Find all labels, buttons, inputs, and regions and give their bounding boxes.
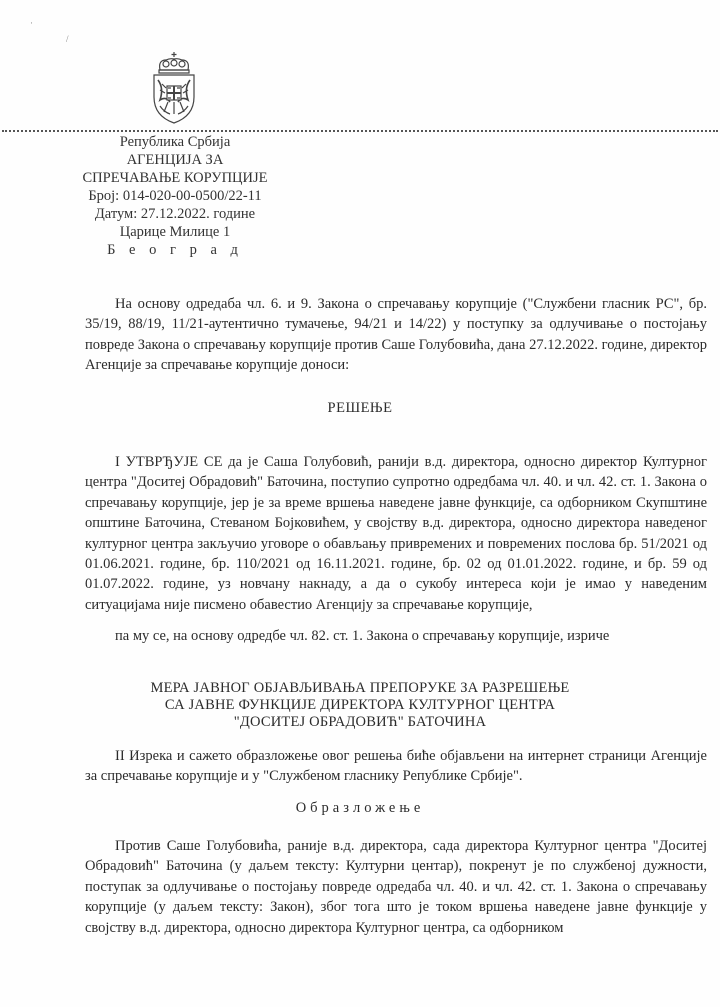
serbia-coat-of-arms-icon [146,50,202,126]
scan-mark: · [30,18,33,28]
section-2-text: II Изрека и сажето образложење овог реше… [85,748,707,784]
reference-number: Број: 014-020-00-0500/22-11 [60,187,290,205]
header-divider [2,130,718,132]
reasoning-title: Образложење [0,800,720,817]
measure-line-3: "ДОСИТЕЈ ОБРАДОВИЋ" БАТОЧИНА [0,714,720,731]
agency-name-line2: СПРЕЧАВАЊЕ КОРУПЦИЈЕ [60,169,290,187]
decision-section-1: I УТВРЂУЈЕ СЕ да је Саша Голубовић, рани… [85,452,707,615]
scan-mark: / [66,34,69,44]
city: Б е о г р а д [60,241,290,259]
measure-title: МЕРА ЈАВНОГ ОБЈАВЉИВАЊА ПРЕПОРУКЕ ЗА РАЗ… [0,680,720,731]
decision-section-2: II Изрека и сажето образложење овог реше… [85,746,707,787]
measure-line-2: СА ЈАВНЕ ФУНКЦИЈЕ ДИРЕКТОРА КУЛТУРНОГ ЦЕ… [0,697,720,714]
measure-line-1: МЕРА ЈАВНОГ ОБЈАВЉИВАЊА ПРЕПОРУКЕ ЗА РАЗ… [0,680,720,697]
sender-header: Република Србија АГЕНЦИЈА ЗА СПРЕЧАВАЊЕ … [60,133,290,259]
reasoning-paragraph: Против Саше Голубовића, раније в.д. дире… [85,836,707,938]
agency-name-line1: АГЕНЦИЈА ЗА [60,151,290,169]
intro-paragraph: На основу одредаба чл. 6. и 9. Закона о … [85,294,707,376]
intro-text: На основу одредаба чл. 6. и 9. Закона о … [85,296,707,373]
country-name: Република Србија [60,133,290,151]
section-1-text: I УТВРЂУЈЕ СЕ да је Саша Голубовић, рани… [85,454,707,613]
pronouncement-text: па му се, на основу одредбе чл. 82. ст. … [115,628,609,644]
street-address: Царице Милице 1 [60,223,290,241]
document-page: · / Република Србија АГЕНЦИЈА ЗА [0,0,720,1007]
pronouncement-paragraph: па му се, на основу одредбе чл. 82. ст. … [85,626,707,646]
document-date: Датум: 27.12.2022. године [60,205,290,223]
reasoning-text: Против Саше Голубовића, раније в.д. дире… [85,838,707,936]
decision-title: РЕШЕЊЕ [0,400,720,417]
